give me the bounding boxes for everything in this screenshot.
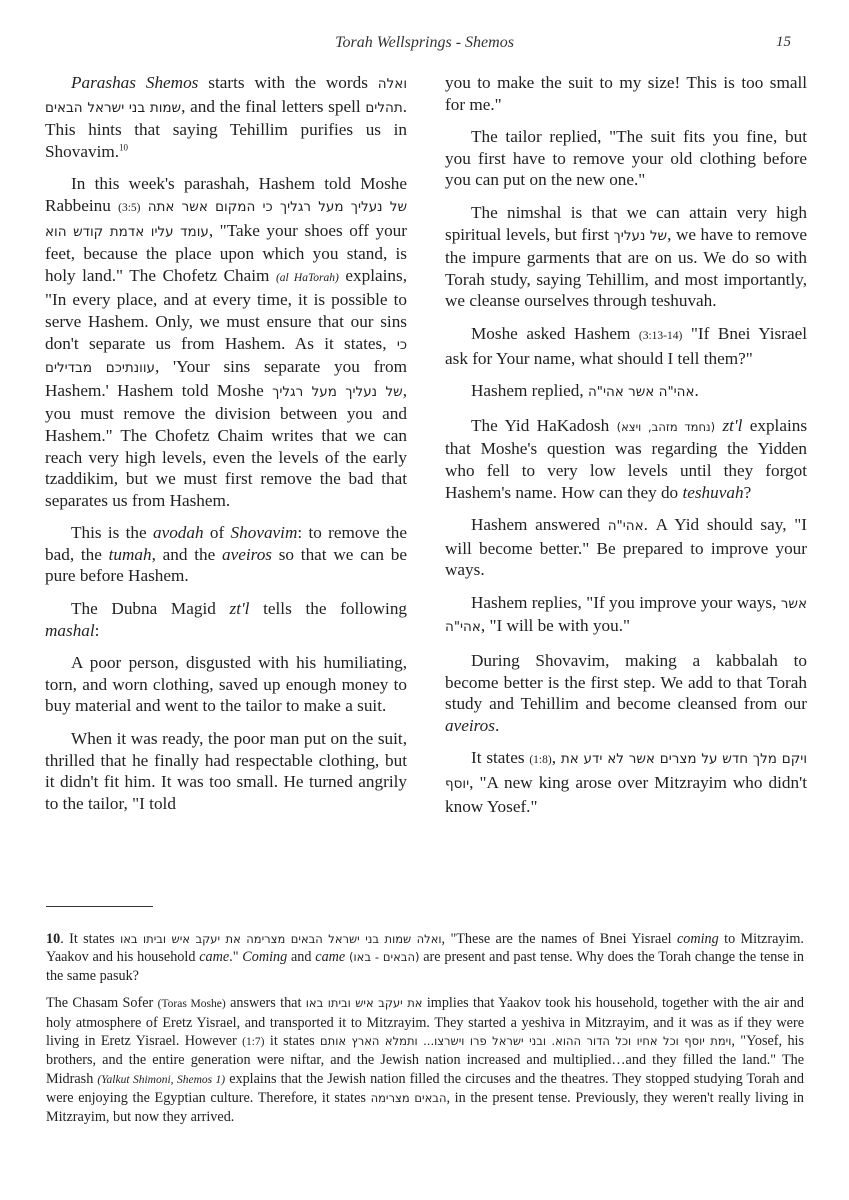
paragraph: The Yid HaKadosh (נחמד מזהב, ויצא) zt'l … <box>445 415 807 503</box>
source-citation: (1:8) <box>529 754 551 766</box>
source-citation: (1:7) <box>242 1036 264 1048</box>
source-citation: (הבאים - באו) <box>349 950 419 964</box>
italic-term: teshuvah <box>682 483 743 502</box>
text: Moshe asked Hashem <box>471 324 639 343</box>
text: and <box>287 949 315 965</box>
footnote-number: 10 <box>46 931 60 947</box>
italic-term: Parashas Shemos <box>71 73 198 92</box>
paragraph: A poor person, disgusted with his humili… <box>45 652 407 717</box>
text: Hashem answered <box>471 515 608 534</box>
paragraph: The tailor replied, "The suit fits you f… <box>445 126 807 191</box>
paragraph: Hashem replies, "If you improve your way… <box>445 592 807 639</box>
footnotes: 10. It states ואלה שמות בני ישראל הבאים … <box>46 930 804 1135</box>
text: This is the <box>71 523 153 542</box>
italic-term: came <box>199 949 229 965</box>
italic-term: mashal <box>45 621 95 640</box>
text: Hashem replied, <box>471 381 588 400</box>
text: , "I will be with you." <box>481 616 630 635</box>
text: , "A new king arose over Mitzrayim who d… <box>445 773 807 816</box>
paragraph: When it was ready, the poor man put on t… <box>45 728 407 814</box>
hebrew-text: אהי"ה <box>608 518 644 534</box>
paragraph: It states (1:8), ויקם מלך חדש על מצרים א… <box>445 747 807 817</box>
text: The Yid HaKadosh <box>471 416 617 435</box>
italic-term: avodah <box>153 523 204 542</box>
text: The Chasam Sofer <box>46 995 158 1011</box>
hebrew-text: תהלים <box>365 100 402 116</box>
italic-term: aveiros <box>445 716 495 735</box>
text: . <box>495 716 499 735</box>
hebrew-text: אהי"ה אשר אהי"ה <box>588 384 695 400</box>
hebrew-text: ואלה שמות בני ישראל הבאים מצרימה את יעקב… <box>120 932 441 946</box>
italic-term: came <box>315 949 345 965</box>
paragraph: Parashas Shemos starts with the words וא… <box>45 72 407 162</box>
page-header: Torah Wellsprings - Shemos 15 <box>0 34 849 58</box>
footnote-divider <box>46 906 153 907</box>
paragraph: The Dubna Magid zt'l tells the following… <box>45 598 407 641</box>
italic-term: Coming <box>242 949 287 965</box>
paragraph: This is the avodah of Shovavim: to remov… <box>45 522 407 587</box>
page-number: 15 <box>776 34 791 51</box>
source-citation: (3:5) <box>118 202 140 214</box>
text: ." <box>229 949 242 965</box>
text: , you must remove the division between y… <box>45 381 407 510</box>
text: , "These are the names of Bnei Yisrael <box>442 931 677 947</box>
paragraph: The nimshal is that we can attain very h… <box>445 202 807 312</box>
paragraph: you to make the suit to my size! This is… <box>445 72 807 115</box>
text: ? <box>744 483 752 502</box>
source-citation: (Yalkut Shimoni, Shemos 1) <box>97 1074 225 1086</box>
text: answers that <box>226 995 306 1011</box>
text: . It states <box>60 931 120 947</box>
text: starts with the words <box>198 73 377 92</box>
text: . <box>695 381 699 400</box>
text: It states <box>471 748 529 767</box>
source-citation: (Toras Moshe) <box>158 998 226 1010</box>
hebrew-text: של נעליך מעל רגליך <box>272 384 403 400</box>
hebrew-text: של נעליך <box>614 228 668 244</box>
text: During Shovavim, making a kabbalah to be… <box>445 651 807 713</box>
italic-term: Shovavim <box>231 523 298 542</box>
text: : <box>95 621 100 640</box>
source-citation: (נחמד מזהב, ויצא) <box>617 420 715 434</box>
paragraph: During Shovavim, making a kabbalah to be… <box>445 650 807 736</box>
footnote-10: 10. It states ואלה שמות בני ישראל הבאים … <box>46 930 804 985</box>
paragraph: Hashem answered אהי"ה. A Yid should say,… <box>445 514 807 581</box>
paragraph: Hashem replied, אהי"ה אשר אהי"ה. <box>445 380 807 404</box>
footnote-10-continued: The Chasam Sofer (Toras Moshe) answers t… <box>46 994 804 1126</box>
source-citation: (al HaTorah) <box>276 272 339 284</box>
text: , <box>552 748 561 767</box>
paragraph: Moshe asked Hashem (3:13-14) "If Bnei Yi… <box>445 323 807 369</box>
italic-term: coming <box>677 931 719 947</box>
hebrew-text: הבאים מצרימה <box>371 1091 447 1105</box>
running-title: Torah Wellsprings - Shemos <box>0 34 849 52</box>
italic-term: aveiros <box>222 545 272 564</box>
text: , and the final letters spell <box>181 97 365 116</box>
text: Hashem replies, "If you improve your way… <box>471 593 781 612</box>
hebrew-text: את יעקב איש וביתו באו <box>306 996 423 1010</box>
text: of <box>204 523 231 542</box>
left-column: Parashas Shemos starts with the words וא… <box>45 72 407 825</box>
paragraph: In this week's parashah, Hashem told Mos… <box>45 173 407 511</box>
right-column: you to make the suit to my size! This is… <box>445 72 807 828</box>
italic-term: zt'l <box>230 599 250 618</box>
italic-term: tumah <box>109 545 152 564</box>
text: tells the following <box>249 599 407 618</box>
italic-term: zt'l <box>722 416 742 435</box>
text: , and the <box>152 545 222 564</box>
hebrew-text: וימת יוסף וכל אחיו וכל הדור ההוא. ובני י… <box>320 1034 731 1048</box>
text: The Dubna Magid <box>71 599 230 618</box>
source-citation: (3:13-14) <box>639 330 682 342</box>
text: it states <box>265 1033 321 1049</box>
footnote-ref[interactable]: 10 <box>119 142 128 152</box>
